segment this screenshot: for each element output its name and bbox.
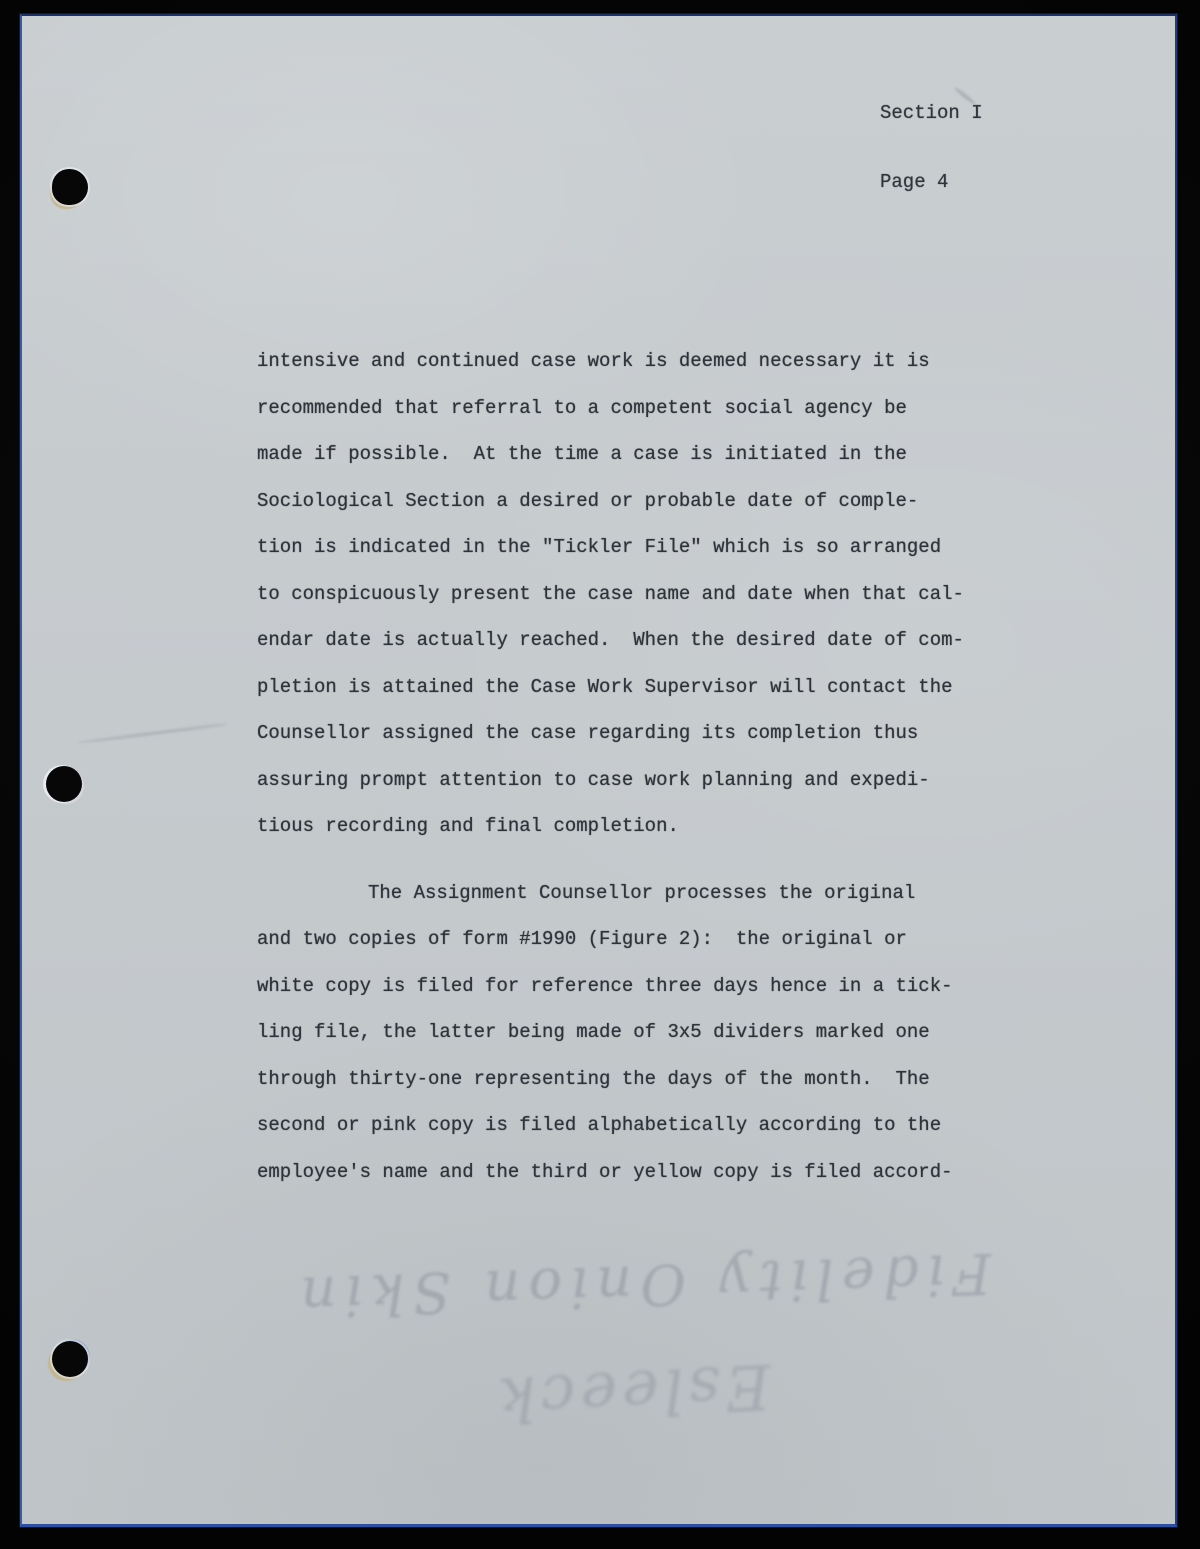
text-line: Sociological Section a desired or probab… xyxy=(257,478,981,525)
text-line: white copy is filed for reference three … xyxy=(257,963,981,1010)
text-line: employee's name and the third or yellow … xyxy=(257,1149,981,1196)
page-header: Section I Page 4 xyxy=(880,56,983,240)
watermark-brand: Esleeck xyxy=(449,1329,814,1458)
paragraph-1: intensive and continued case work is dee… xyxy=(257,338,981,850)
punch-hole-middle xyxy=(46,766,82,802)
paragraph-2: The Assignment Counsellor processes the … xyxy=(257,870,981,1196)
document-page: Section I Page 4 intensive and continued… xyxy=(20,14,1177,1527)
text-line: ling file, the latter being made of 3x5 … xyxy=(257,1009,981,1056)
punch-hole-top xyxy=(52,169,88,205)
body-text: intensive and continued case work is dee… xyxy=(257,338,981,1195)
text-line: Counsellor assigned the case regarding i… xyxy=(257,710,981,757)
text-line: tion is indicated in the "Tickler File" … xyxy=(257,524,981,571)
scan-background: Section I Page 4 intensive and continued… xyxy=(0,0,1200,1549)
smudge-above-middle-hole xyxy=(77,723,226,744)
text-line: endar date is actually reached. When the… xyxy=(257,617,981,664)
header-section-label: Section I xyxy=(880,102,983,125)
text-line: through thirty-one representing the days… xyxy=(257,1056,981,1103)
text-line: to conspicuously present the case name a… xyxy=(257,571,981,618)
text-line: second or pink copy is filed alphabetica… xyxy=(257,1102,981,1149)
text-line: pletion is attained the Case Work Superv… xyxy=(257,664,981,711)
text-line: recommended that referral to a competent… xyxy=(257,385,981,432)
text-line: tious recording and final completion. xyxy=(257,803,981,850)
watermark-paper-name: Fidelity Onion Skin xyxy=(260,1221,1023,1347)
text-line: made if possible. At the time a case is … xyxy=(257,431,981,478)
text-line: intensive and continued case work is dee… xyxy=(257,338,981,385)
text-line: assuring prompt attention to case work p… xyxy=(257,757,981,804)
text-line: The Assignment Counsellor processes the … xyxy=(257,870,981,917)
header-page-number: Page 4 xyxy=(880,171,983,194)
punch-hole-bottom xyxy=(52,1341,88,1377)
text-line: and two copies of form #1990 (Figure 2):… xyxy=(257,916,981,963)
